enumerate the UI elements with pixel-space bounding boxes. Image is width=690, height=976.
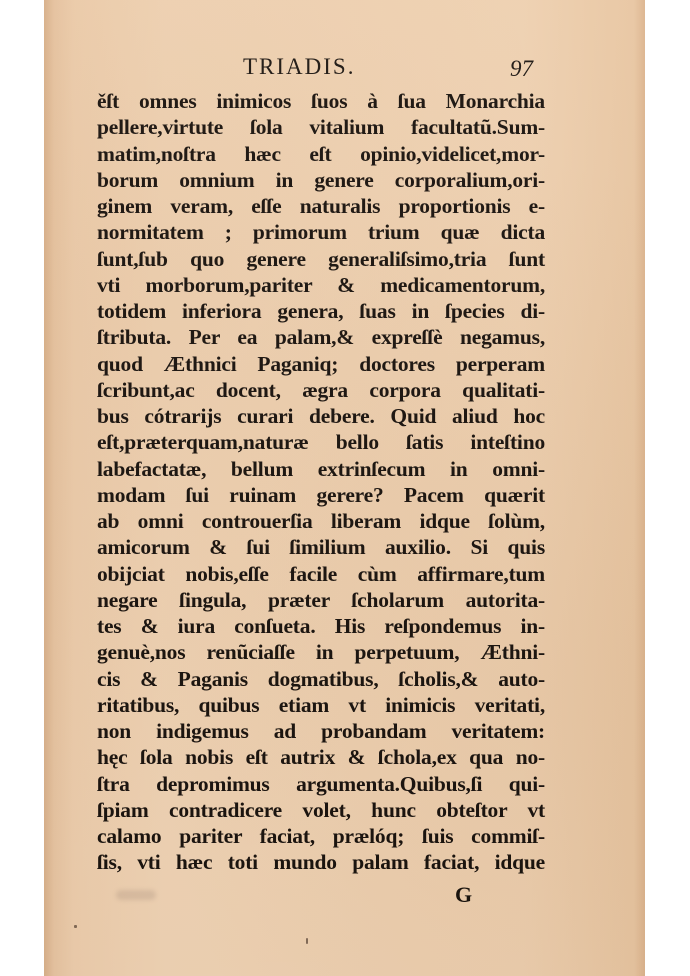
text-line: eſt,præterquam,naturæ bello ſatis inteſt…	[97, 429, 545, 455]
paper-speck	[74, 925, 77, 928]
running-head: TRIADIS. 97	[44, 54, 645, 84]
text-line: negare ſingula, præter ſcholarum autorit…	[97, 587, 545, 613]
text-line: non indigemus ad probandam veritatem:	[97, 718, 545, 744]
text-line: vti morborum,pariter & medicamentorum,	[97, 272, 545, 298]
text-line: ſcribunt,ac docent, ægra corpora qualita…	[97, 377, 545, 403]
page-number: 97	[510, 56, 533, 82]
text-line: cis & Paganis dogmatibus, ſcholis,& auto…	[97, 666, 545, 692]
text-line: pellere,virtute ſola vitalium facultatũ.…	[97, 114, 545, 140]
text-line: tes & iura conſueta. His reſpondemus in-	[97, 613, 545, 639]
text-line: quod Æthnici Paganiq; doctores perperam	[97, 351, 545, 377]
book-page: TRIADIS. 97 ěſt omnes inimicos ſuos à ſu…	[44, 0, 645, 976]
text-line: totidem inferiora genera, ſuas in ſpecie…	[97, 298, 545, 324]
text-line: ritatibus, quibus etiam vt inimicis veri…	[97, 692, 545, 718]
text-line: ſtributa. Per ea palam,& expreſſè negamu…	[97, 324, 545, 350]
text-line: ſunt,ſub quo genere generaliſsimo,tria ſ…	[97, 246, 545, 272]
text-line: amicorum & ſui ſimilium auxilio. Si quis	[97, 534, 545, 560]
text-line: matim,noſtra hæc eſt opinio,videlicet,mo…	[97, 141, 545, 167]
text-line: ſpiam contradicere volet, hunc obteſtor …	[97, 797, 545, 823]
text-line: ginem veram, eſſe naturalis proportionis…	[97, 193, 545, 219]
paper-speck	[306, 938, 308, 944]
text-line: ſtra depromimus argumenta.Quibus,ſi qui-	[97, 771, 545, 797]
text-line: normitatem ; primorum trium quæ dicta	[97, 219, 545, 245]
text-line: ab omni controuerſia liberam idque ſolùm…	[97, 508, 545, 534]
text-line: borum omnium in genere corporalium,ori-	[97, 167, 545, 193]
body-text: ěſt omnes inimicos ſuos à ſua Monarchia …	[97, 88, 545, 876]
ink-smudge	[116, 890, 156, 900]
text-line: hęc ſola nobis eſt autrix & ſchola,ex qu…	[97, 744, 545, 770]
text-line: labefactatæ, bellum extrinſecum in omni-	[97, 456, 545, 482]
text-line: ěſt omnes inimicos ſuos à ſua Monarchia	[97, 88, 545, 114]
text-line: obijciat nobis,eſſe facile cùm affirmare…	[97, 561, 545, 587]
text-line: bus cótrarijs curari debere. Quid aliud …	[97, 403, 545, 429]
text-line: genuè,nos renũciaſſe in perpetuum, Æthni…	[97, 639, 545, 665]
text-line: ſis, vti hæc toti mundo palam faciat, id…	[97, 849, 545, 875]
text-line: modam ſui ruinam gerere? Pacem quærit	[97, 482, 545, 508]
text-line: calamo pariter faciat, prælóq; ſuis comm…	[97, 823, 545, 849]
running-title: TRIADIS.	[243, 54, 355, 80]
signature-mark: G	[455, 882, 472, 908]
